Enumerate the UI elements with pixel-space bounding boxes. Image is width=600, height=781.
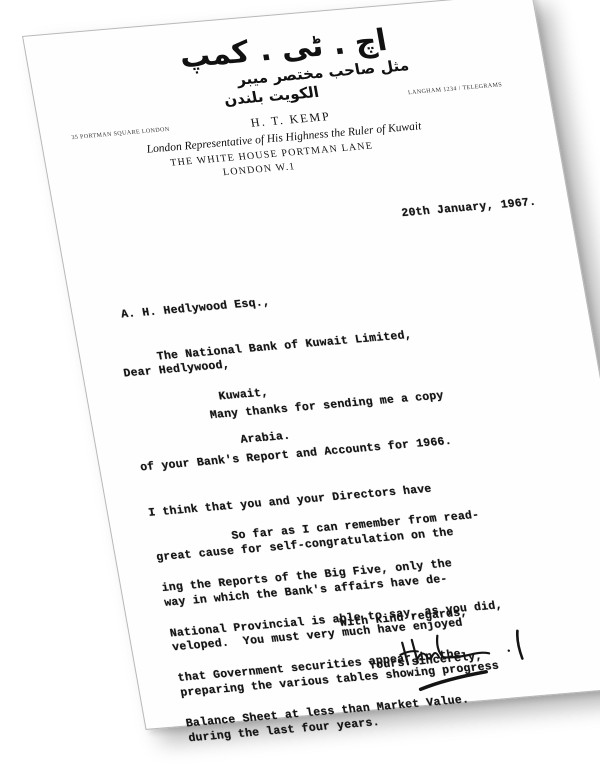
recipient-line: A. H. Hedlywood Esq., <box>120 283 405 322</box>
photo-stage: اچ . ٹی . کمپ مثل صاحب مختصر ميبر الكويت… <box>0 0 600 781</box>
letterhead: اچ . ٹی . کمپ مثل صاحب مختصر ميبر الكويت… <box>26 11 559 195</box>
letter-date: 20th January, 1967. <box>401 196 538 220</box>
letter-page: اچ . ٹی . کمپ مثل صاحب مختصر ميبر الكويت… <box>22 0 600 730</box>
body-line: Many thanks for sending me a copy <box>131 378 572 431</box>
body-line: of your Bank's Report and Accounts for 1… <box>139 423 580 476</box>
body-line: So far as I can remember from read- <box>153 498 594 551</box>
recipient-line: The National Bank of Kuwait Limited, <box>128 328 413 367</box>
letterhead-small-left: 35 PORTMAN SQUARE LONDON <box>71 127 170 141</box>
